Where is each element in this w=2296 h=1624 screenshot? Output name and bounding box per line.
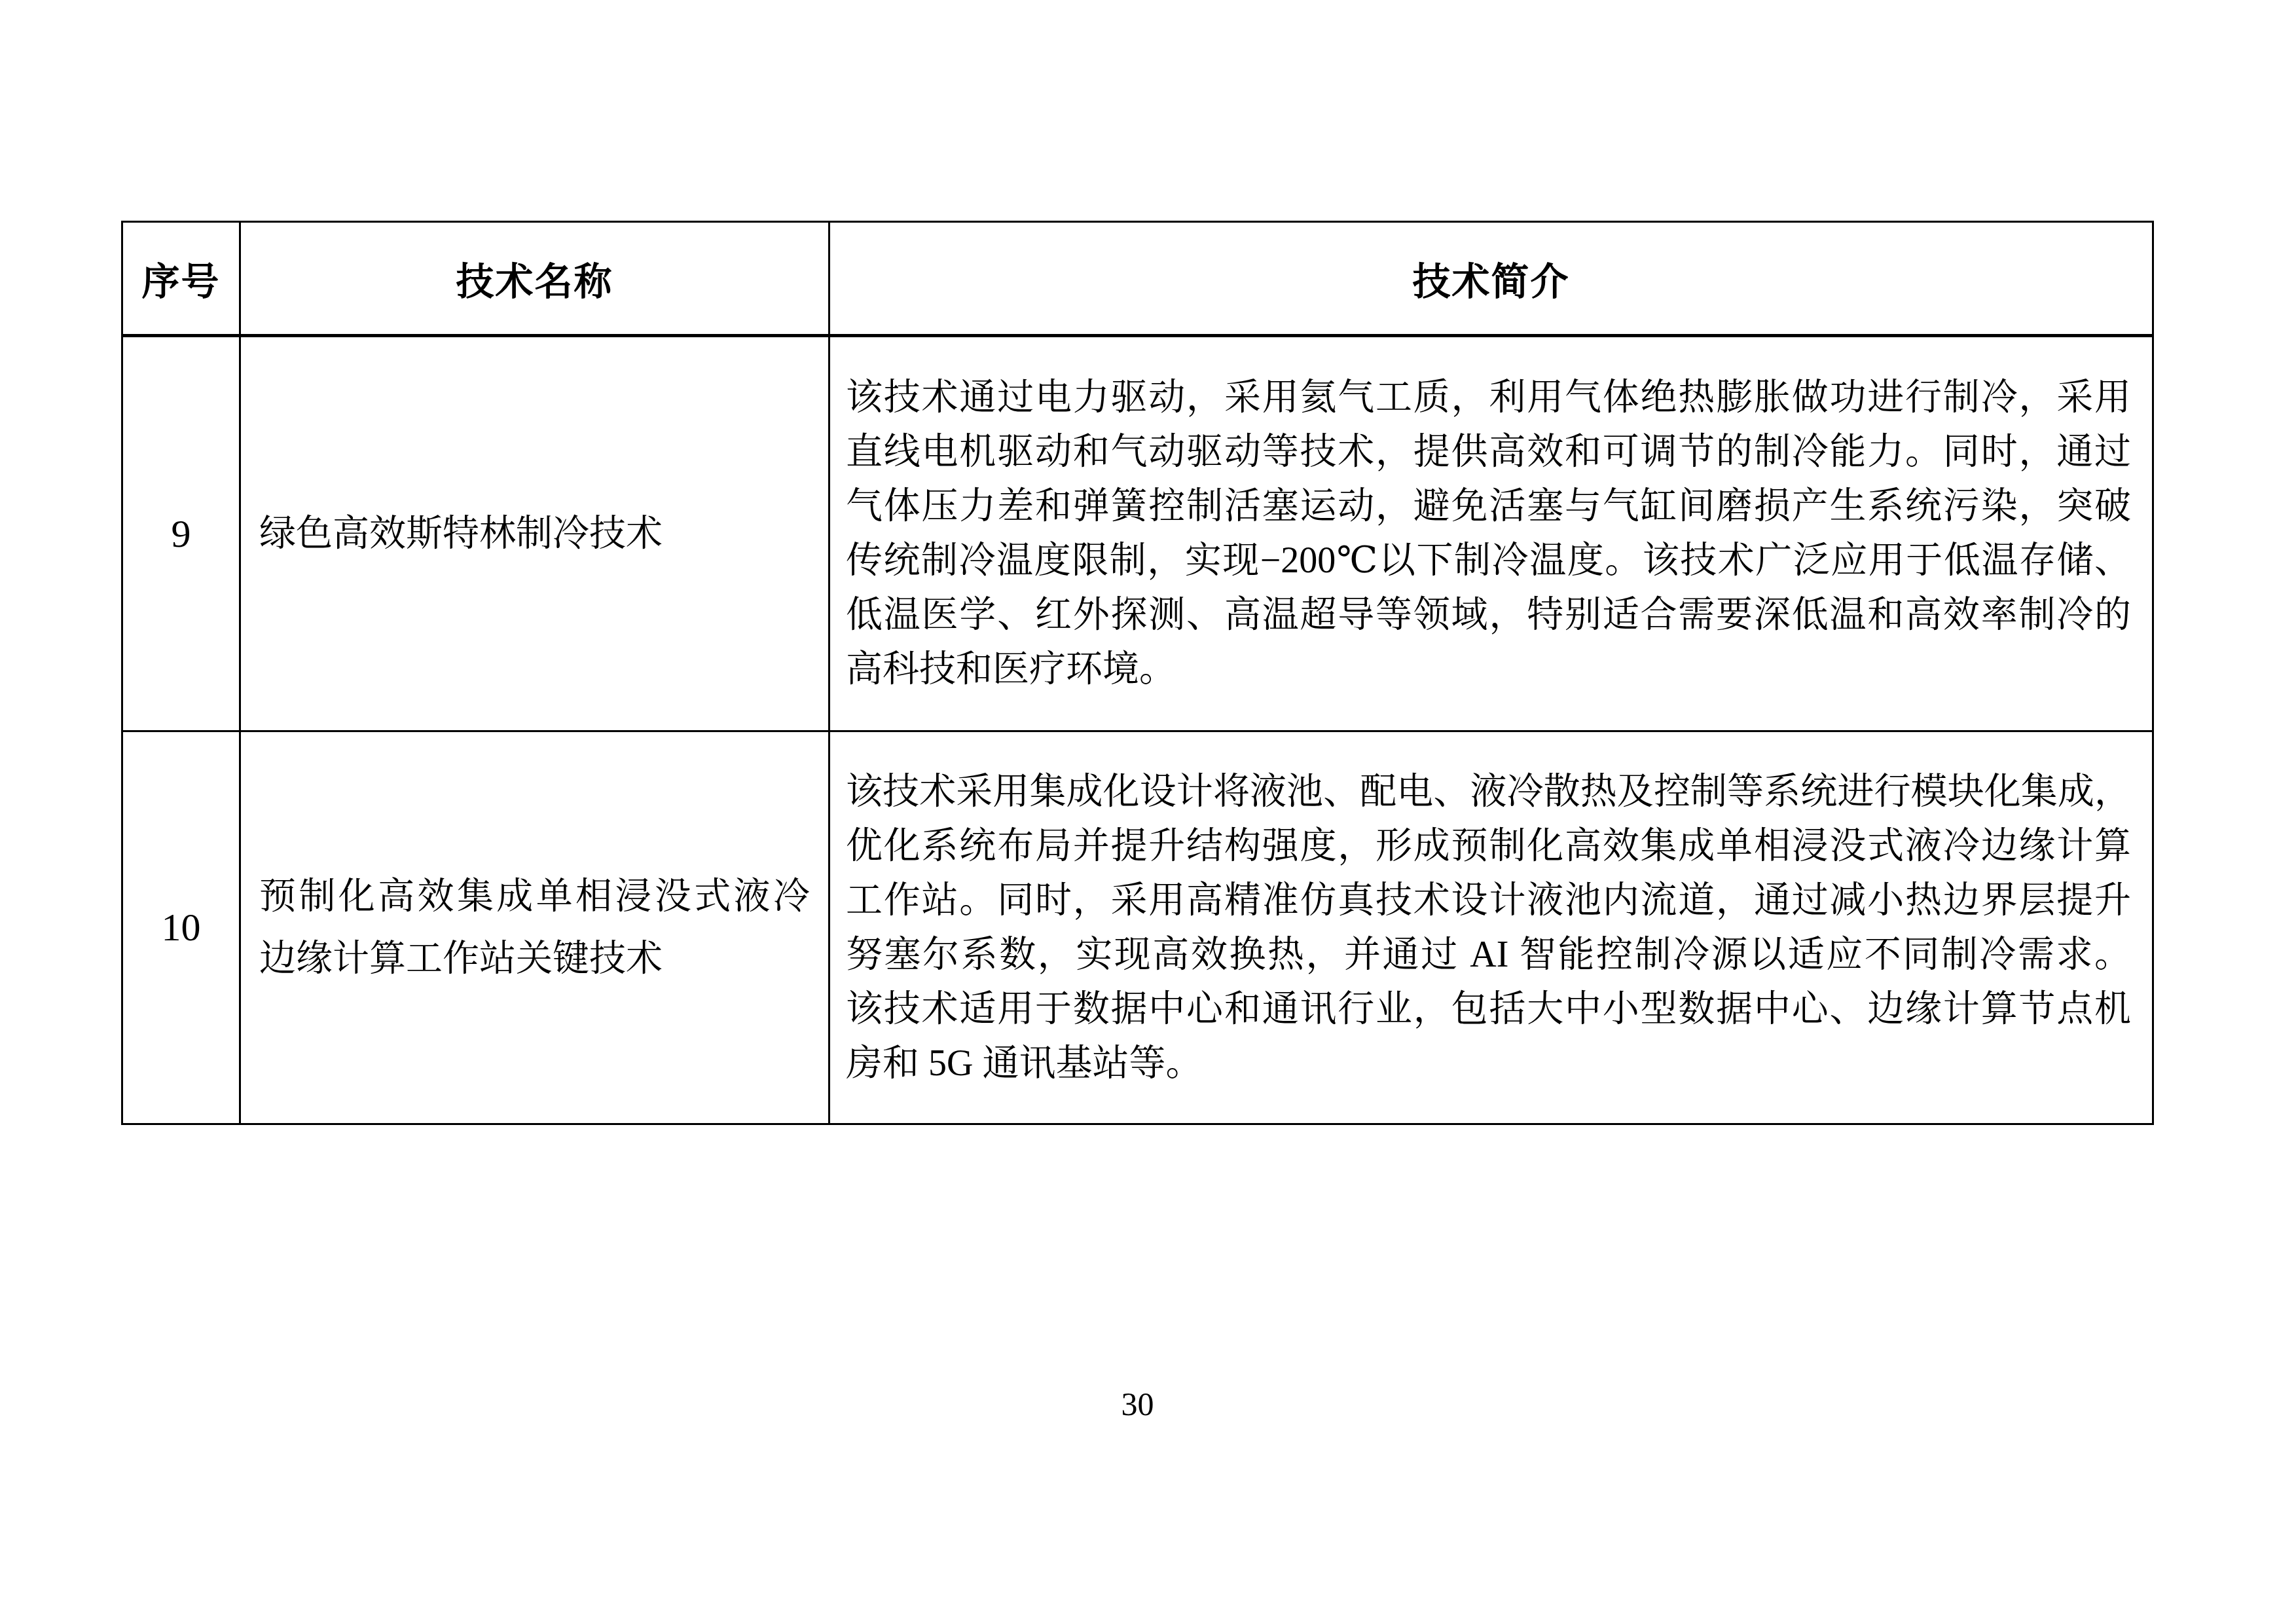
row-10-desc: 该技术采用集成化设计将液池、配电、液冷散热及控制等系统进行模块化集成，优化系统布… <box>846 765 2131 1091</box>
row-10-desc-cell: 该技术采用集成化设计将液池、配电、液冷散热及控制等系统进行模块化集成，优化系统布… <box>830 732 2152 1123</box>
header-tech-intro: 技术简介 <box>830 223 2152 337</box>
row-10-name: 预制化高效集成单相浸没式液冷边缘计算工作站关键技术 <box>259 866 810 990</box>
row-9-name-cell: 绿色高效斯特林制冷技术 <box>241 337 830 732</box>
row-9-name: 绿色高效斯特林制冷技术 <box>259 503 810 565</box>
row-9-seq-cell: 9 <box>123 337 241 732</box>
row-9-seq: 9 <box>172 511 191 557</box>
row-10-seq: 10 <box>162 905 201 950</box>
header-tech-name: 技术名称 <box>241 223 830 337</box>
header-tech-intro-label: 技术简介 <box>1412 251 1569 306</box>
header-seq-label: 序号 <box>141 251 220 306</box>
page-number: 30 <box>121 1385 2154 1423</box>
row-10-name-cell: 预制化高效集成单相浸没式液冷边缘计算工作站关键技术 <box>241 732 830 1123</box>
header-seq: 序号 <box>123 223 241 337</box>
document-page: { "page": { "number": "30" }, "table": {… <box>0 0 2296 1624</box>
header-tech-name-label: 技术名称 <box>456 251 613 306</box>
row-9-desc: 该技术通过电力驱动，采用氦气工质，利用气体绝热膨胀做功进行制冷，采用直线电机驱动… <box>846 371 2131 697</box>
row-10-seq-cell: 10 <box>123 732 241 1123</box>
row-9-desc-cell: 该技术通过电力驱动，采用氦气工质，利用气体绝热膨胀做功进行制冷，采用直线电机驱动… <box>830 337 2152 732</box>
technology-table: 序号 技术名称 技术简介 9 绿色高效斯特林制冷技术 该技术通过电力驱动，采用氦… <box>121 221 2154 1125</box>
